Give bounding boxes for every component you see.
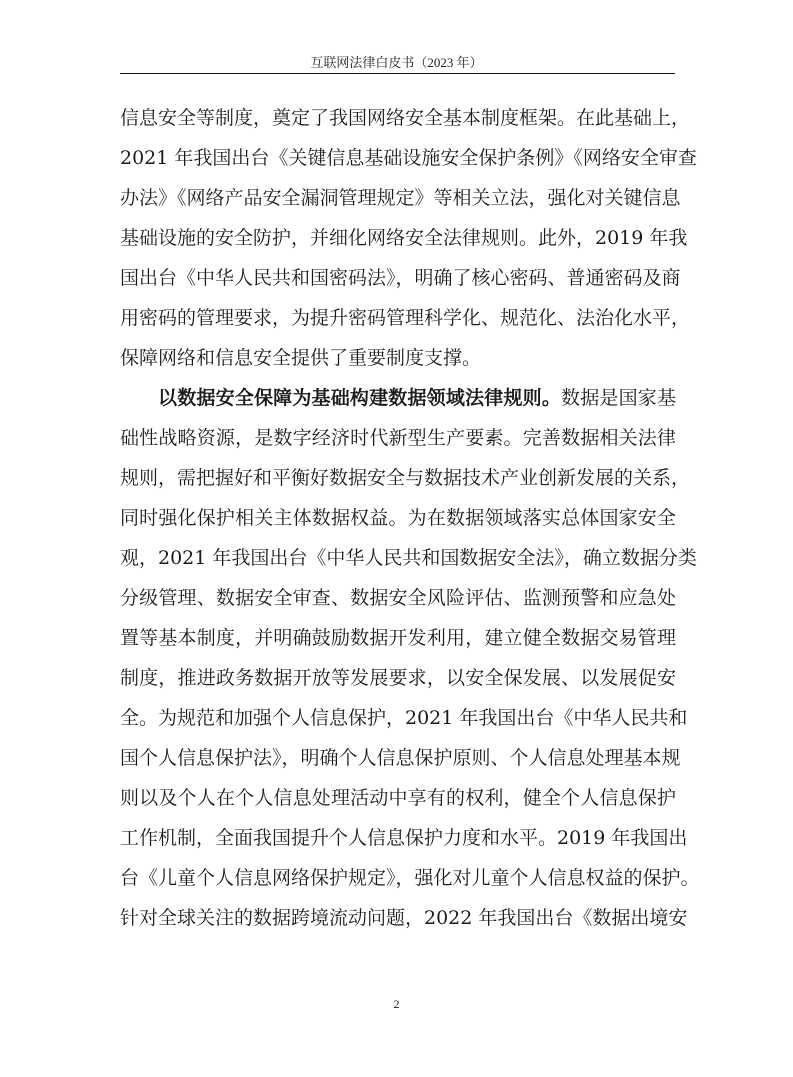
line-text: 2021 年我国出台《关键信息基础设施安全保护条例》《网络安全审查 xyxy=(120,147,697,169)
text-line: 础性战略资源，是数字经济时代新型生产要素。完善数据相关法律 xyxy=(120,420,676,460)
paragraph-heading: 以数据安全保障为基础构建数据领域法律规则。 xyxy=(158,387,561,409)
line-text: 用密码的管理要求，为提升密码管理科学化、规范化、法治化水平， xyxy=(120,307,690,329)
text-line: 用密码的管理要求，为提升密码管理科学化、规范化、法治化水平， xyxy=(120,300,676,340)
text-line: 信息安全等制度，奠定了我国网络安全基本制度框架。在此基础上， xyxy=(120,100,676,140)
header-divider xyxy=(120,73,675,74)
line-text: 工作机制，全面我国提升个人信息保护力度和水平。2019 年我国出 xyxy=(120,827,687,849)
text-line: 2021 年我国出台《关键信息基础设施安全保护条例》《网络安全审查 xyxy=(120,140,676,180)
page-number: 2 xyxy=(0,997,793,1012)
text-line: 置等基本制度，并明确鼓励数据开发利用，建立健全数据交易管理 xyxy=(120,620,676,660)
text-line: 全。为规范和加强个人信息保护，2021 年我国出台《中华人民共和 xyxy=(120,700,676,740)
text-line: 保障网络和信息安全提供了重要制度支撑。 xyxy=(120,340,676,380)
line-text: 基础设施的安全防护，并细化网络安全法律规则。此外，2019 年我 xyxy=(120,227,687,249)
text-line: 同时强化保护相关主体数据权益。为在数据领域落实总体国家安全 xyxy=(120,500,676,540)
text-line: 基础设施的安全防护，并细化网络安全法律规则。此外，2019 年我 xyxy=(120,220,676,260)
text-line: 办法》《网络产品安全漏洞管理规定》等相关立法，强化对关键信息 xyxy=(120,180,676,220)
text-line: 针对全球关注的数据跨境流动问题，2022 年我国出台《数据出境安 xyxy=(120,900,676,940)
text-line: 台《儿童个人信息网络保护规定》，强化对儿童个人信息权益的保护。 xyxy=(120,860,676,900)
line-text: 础性战略资源，是数字经济时代新型生产要素。完善数据相关法律 xyxy=(120,427,676,449)
line-text: 观，2021 年我国出台《中华人民共和国数据安全法》，确立数据分类 xyxy=(120,547,697,569)
line-text: 置等基本制度，并明确鼓励数据开发利用，建立健全数据交易管理 xyxy=(120,627,676,649)
line-text: 信息安全等制度，奠定了我国网络安全基本制度框架。在此基础上， xyxy=(120,107,690,129)
text-line: 国个人信息保护法》，明确个人信息保护原则、个人信息处理基本规 xyxy=(120,740,676,780)
line-text: 则以及个人在个人信息处理活动中享有的权利，健全个人信息保护 xyxy=(120,787,676,809)
line-text: 办法》《网络产品安全漏洞管理规定》等相关立法，强化对关键信息 xyxy=(120,187,681,209)
text-line: 分级管理、数据安全审查、数据安全风险评估、监测预警和应急处 xyxy=(120,580,676,620)
text-line: 观，2021 年我国出台《中华人民共和国数据安全法》，确立数据分类 xyxy=(120,540,676,580)
text-line: 国出台《中华人民共和国密码法》，明确了核心密码、普通密码及商 xyxy=(120,260,676,300)
line-text: 国出台《中华人民共和国密码法》，明确了核心密码、普通密码及商 xyxy=(120,267,681,289)
line-text: 保障网络和信息安全提供了重要制度支撑。 xyxy=(120,347,481,369)
line-text: 针对全球关注的数据跨境流动问题，2022 年我国出台《数据出境安 xyxy=(120,907,687,929)
text-line: 则以及个人在个人信息处理活动中享有的权利，健全个人信息保护 xyxy=(120,780,676,820)
line-text: 分级管理、数据安全审查、数据安全风险评估、监测预警和应急处 xyxy=(120,587,676,609)
line-text: 台《儿童个人信息网络保护规定》，强化对儿童个人信息权益的保护。 xyxy=(120,867,700,889)
running-header: 互联网法律白皮书（2023 年） xyxy=(0,52,793,71)
text-line: 规则，需把握好和平衡好数据安全与数据技术产业创新发展的关系， xyxy=(120,460,676,500)
text-line: 以数据安全保障为基础构建数据领域法律规则。数据是国家基 xyxy=(120,380,676,420)
line-text: 规则，需把握好和平衡好数据安全与数据技术产业创新发展的关系， xyxy=(120,467,690,489)
line-text: 全。为规范和加强个人信息保护，2021 年我国出台《中华人民共和 xyxy=(120,707,687,729)
text-line: 工作机制，全面我国提升个人信息保护力度和水平。2019 年我国出 xyxy=(120,820,676,860)
line-text: 同时强化保护相关主体数据权益。为在数据领域落实总体国家安全 xyxy=(120,507,676,529)
line-text: 数据是国家基 xyxy=(561,387,676,409)
line-text: 国个人信息保护法》，明确个人信息保护原则、个人信息处理基本规 xyxy=(120,747,681,769)
line-text: 制度，推进政务数据开放等发展要求，以安全保发展、以发展促安 xyxy=(120,667,676,689)
body-paragraphs: 信息安全等制度，奠定了我国网络安全基本制度框架。在此基础上，2021 年我国出台… xyxy=(120,100,676,940)
text-line: 制度，推进政务数据开放等发展要求，以安全保发展、以发展促安 xyxy=(120,660,676,700)
